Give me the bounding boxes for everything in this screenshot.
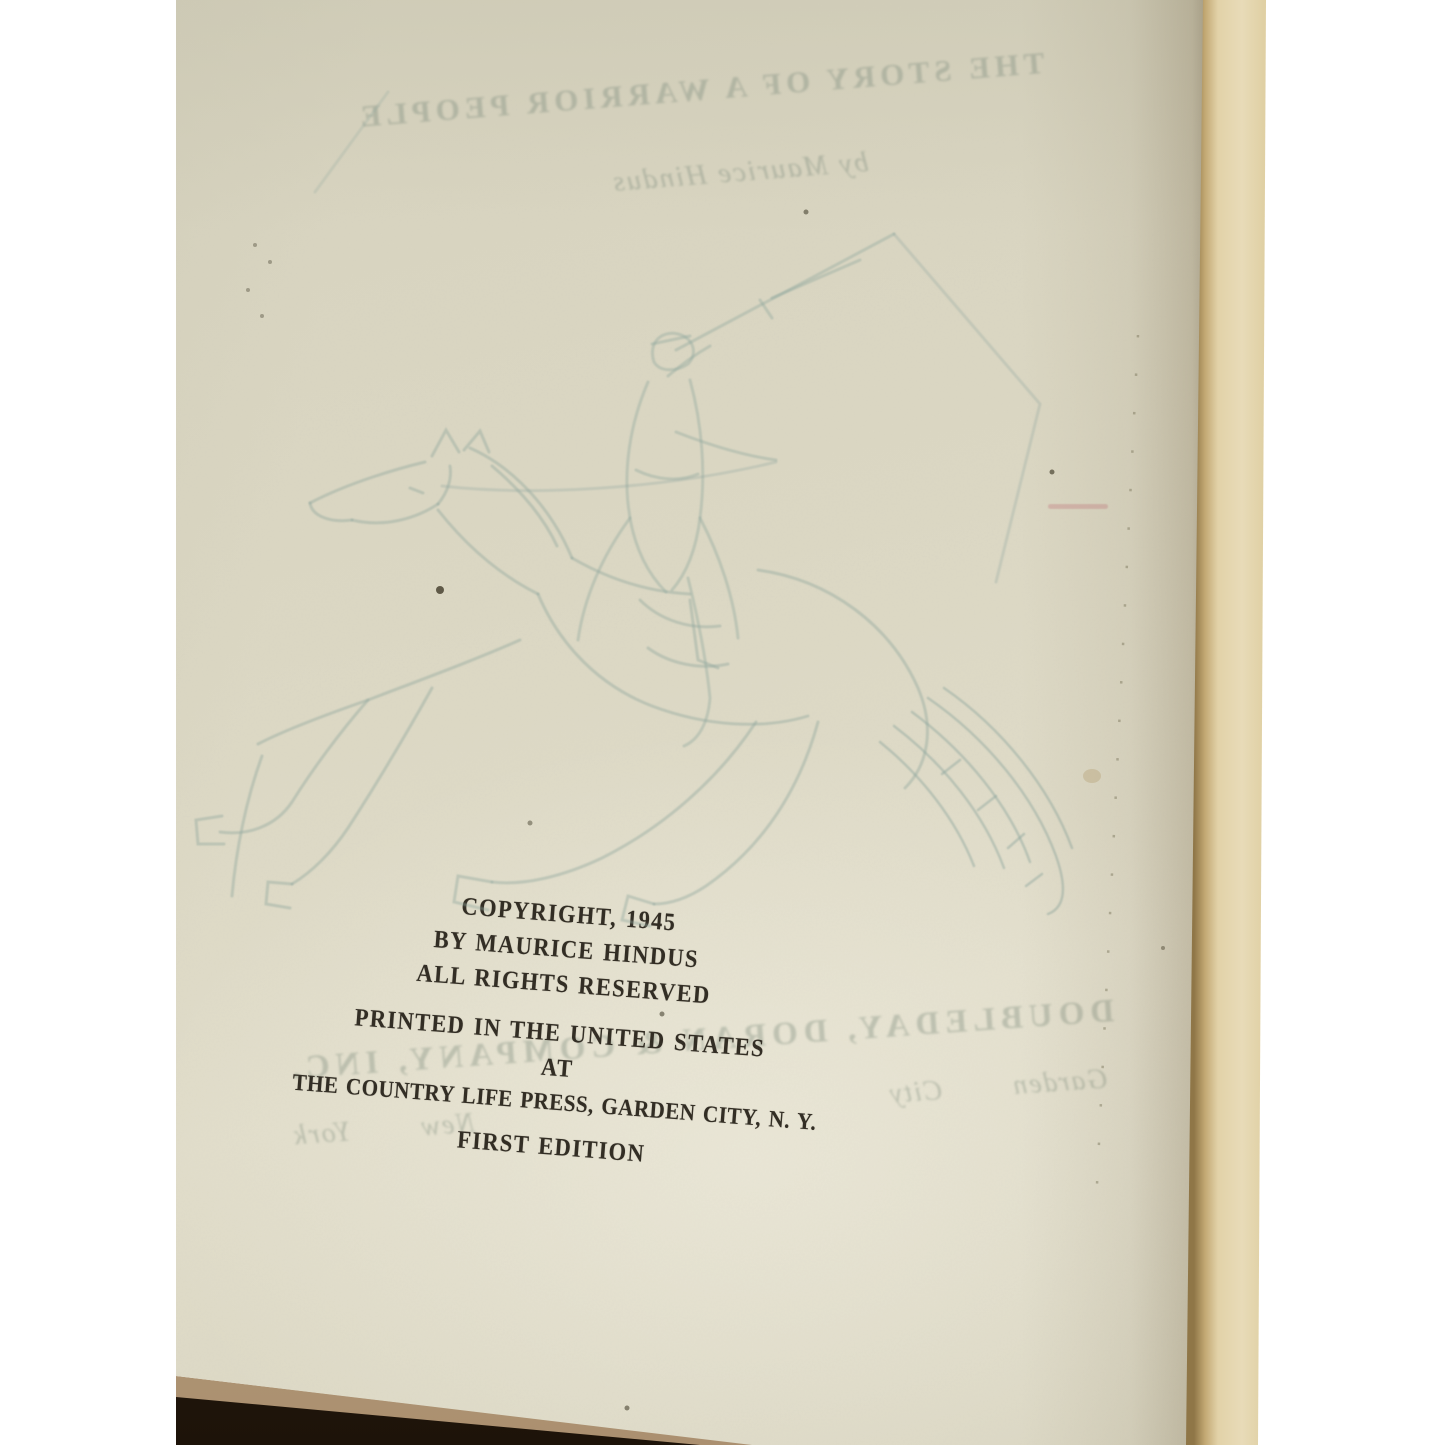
book-photo: THE STORY OF A WARRIOR PEOPLE by Maurice… (0, 0, 1445, 1445)
copyright-text-block: COPYRIGHT, 1945 BY MAURICE HINDUS ALL RI… (254, 875, 867, 1188)
horse-outline (196, 430, 927, 926)
showthrough-byline-text: by Maurice Hindus (489, 136, 990, 208)
showthrough-title-text: THE STORY OF A WARRIOR PEOPLE (260, 38, 1140, 143)
